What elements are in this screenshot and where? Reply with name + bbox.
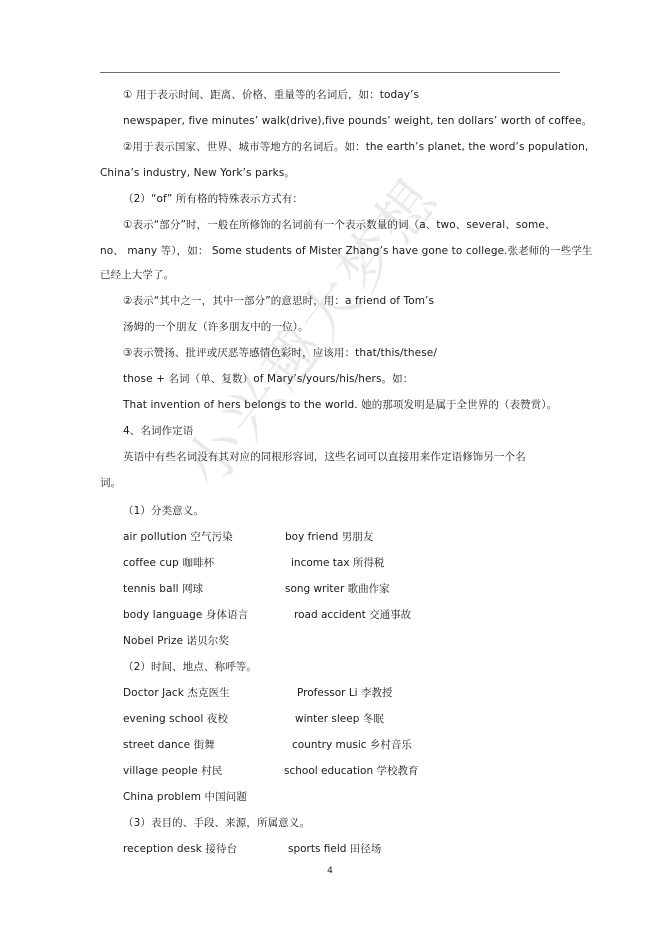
page-number: 4	[0, 866, 660, 876]
vocab-term-left: Doctor Jack 杰克医生	[123, 686, 230, 700]
vocab-term-left: village people 村民	[123, 764, 223, 778]
vocab-term-left: Nobel Prize 诺贝尔奖	[123, 634, 229, 648]
text-line: 英语中有些名词没有其对应的同根形容词，这些名词可以直接用来作定语修饰另一个名	[123, 450, 526, 464]
text-line: ①表示“部分”时，一般在所修饰的名词前有一个表示数量的词（a、two、sever…	[123, 218, 556, 232]
text-line: （1）分类意义。	[123, 504, 204, 518]
vocab-term-right: sports field 田径场	[288, 842, 381, 856]
text-line: ③表示赞扬、批评或厌恶等感情色彩时，应该用：that/this/these/	[123, 346, 437, 360]
text-line: 汤姆的一个朋友（许多朋友中的一位）。	[123, 320, 309, 334]
text-line: no、 many 等），如： Some students of Mister Z…	[100, 244, 592, 258]
vocab-term-left: evening school 夜校	[123, 712, 228, 726]
vocab-term-right: winter sleep 冬眠	[295, 712, 384, 726]
vocab-term-right: song writer 歌曲作家	[285, 582, 390, 596]
vocab-term-right: road accident 交通事故	[294, 608, 411, 622]
text-line: ②用于表示国家、世界、城市等地方的名词后。如：the earth’s plane…	[123, 140, 588, 154]
text-line: 4、名词作定语	[123, 424, 193, 438]
vocab-term-right: Professor Li 李教授	[297, 686, 392, 700]
text-line: ① 用于表示时间、距离、价格、重量等的名词后，如：today’s	[123, 88, 419, 102]
text-line: 词。	[100, 476, 121, 490]
text-line: China’s industry, New York’s parks。	[100, 166, 295, 180]
vocab-term-left: tennis ball 网球	[123, 582, 203, 596]
vocab-term-left: reception desk 接待台	[123, 842, 237, 856]
vocab-term-left: street dance 街舞	[123, 738, 215, 752]
section2-heading: （2）时间、地点、称呼等。	[123, 660, 257, 674]
vocab-term-left: body language 身体语言	[123, 608, 248, 622]
vocab-term-right: boy friend 男朋友	[285, 530, 373, 544]
text-line: 已经上大学了。	[100, 268, 174, 282]
document-page: 小兴趣大梦想 ① 用于表示时间、距离、价格、重量等的名词后，如：today’sn…	[0, 0, 660, 933]
text-line: those + 名词（单、复数）of Mary’s/yours/his/hers…	[123, 372, 413, 386]
text-line: （2）“of” 所有格的特殊表示方式有：	[123, 192, 303, 206]
text-line: ②表示“其中之一，其中一部分”的意思时，用：a friend of Tom’s	[123, 294, 434, 308]
vocab-term-left: coffee cup 咖啡杯	[123, 556, 214, 570]
header-rule	[100, 72, 560, 73]
vocab-term-right: income tax 所得税	[291, 556, 384, 570]
vocab-term-right: school education 学校教育	[284, 764, 418, 778]
vocab-term-right: country music 乡村音乐	[292, 738, 412, 752]
vocab-term-left: China problem 中国问题	[123, 790, 247, 804]
section3-heading: （3）表目的、手段、来源，所属意义。	[123, 816, 310, 830]
vocab-term-left: air pollution 空气污染	[123, 530, 233, 544]
text-line: newspaper, five minutes’ walk(drive),fiv…	[123, 114, 592, 128]
text-line: That invention of hers belongs to the wo…	[123, 398, 557, 412]
